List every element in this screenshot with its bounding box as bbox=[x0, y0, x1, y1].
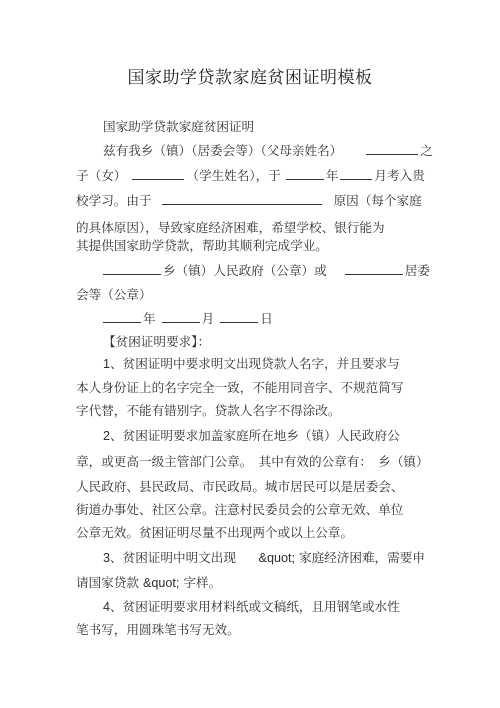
student-name-blank bbox=[132, 167, 184, 180]
requirement-item-2-line-4: 街道办事处、社区公章。注意村民委员会的公章无效、单位 bbox=[76, 502, 403, 518]
body-line-1: 兹有我乡（镇）（居委会等）（父母亲姓名）之 bbox=[103, 142, 433, 159]
body-line-4: 的具体原因），导致家庭经济困难，希望学校、银行能为 bbox=[76, 220, 385, 236]
body-text: 之 bbox=[420, 143, 433, 158]
requirement-item-3: 3、贫困证明中明文出现 &quot; 家庭经济困难，需要申 bbox=[103, 550, 425, 566]
requirement-item-4-line-2: 笔书写，用圆珠笔书写无效。 bbox=[76, 622, 240, 638]
date-month-blank bbox=[162, 310, 200, 323]
item-text: 、贫困证明要求用材料纸或文稿纸，且用钢笔或水性 bbox=[110, 599, 400, 614]
item-number: 4 bbox=[103, 600, 110, 614]
body-text: 乡（镇）人民政府（公章）或 bbox=[163, 263, 327, 278]
requirement-item-2-line-5: 公章无效。贫困证明尽量不出现两个或以上公章。 bbox=[76, 525, 353, 541]
body-text: 年 bbox=[326, 168, 339, 183]
requirement-item-4: 4、贫困证明要求用材料纸或文稿纸，且用钢笔或水性 bbox=[103, 599, 400, 615]
item-text: 、贫困证明要求加盖家庭所在地乡（镇）人民政府公 bbox=[110, 428, 400, 443]
item-text: 家庭经济困难，需要申 bbox=[295, 550, 425, 565]
body-text: 年 bbox=[143, 311, 156, 326]
item-number: 1 bbox=[103, 357, 110, 371]
township-blank bbox=[103, 262, 161, 275]
item-number: 3 bbox=[103, 551, 110, 565]
item-number: 2 bbox=[103, 429, 110, 443]
item-text: 请国家贷款 bbox=[76, 575, 143, 590]
item-text: 字样。 bbox=[179, 575, 221, 590]
requirement-item-1-line-3: 字代替，不能有错别字。贷款人名字不得涂改。 bbox=[76, 403, 340, 419]
body-text: 子（女） bbox=[76, 168, 126, 183]
committee-blank bbox=[345, 262, 403, 275]
body-line-3: 校学习。由于原因（每个家庭 bbox=[76, 192, 422, 209]
body-text: 日 bbox=[260, 311, 273, 326]
body-text: （学生姓名），于 bbox=[186, 168, 280, 183]
item-text: 、贫困证明中要求明文出现贷款人名字，并且要求与 bbox=[110, 356, 400, 371]
requirement-item-2: 2、贫困证明要求加盖家庭所在地乡（镇）人民政府公 bbox=[103, 428, 400, 444]
body-text: 校学习。由于 bbox=[76, 193, 152, 208]
date-day-blank bbox=[220, 310, 258, 323]
quot-entity: &quot; bbox=[143, 576, 179, 590]
document-subtitle: 国家助学贷款家庭贫困证明 bbox=[103, 119, 254, 135]
body-line-2: 子（女）（学生姓名），于年月考入贵 bbox=[76, 167, 425, 184]
body-line-5: 其提供国家助学贷款，帮助其顺利完成学业。 bbox=[76, 238, 328, 254]
year-blank bbox=[286, 167, 324, 180]
document-title: 国家助学贷款家庭贫困证明模板 bbox=[0, 63, 500, 88]
body-text: 原因（每个家庭 bbox=[334, 193, 422, 208]
body-text: 兹有我乡（镇）（居委会等）（父母亲姓名） bbox=[103, 143, 342, 158]
item-text: 、贫困证明中明文出现 bbox=[110, 550, 249, 565]
requirements-heading: 【贫困证明要求】： bbox=[103, 334, 210, 350]
requirement-item-2-line-3: 人民政府、县民政局、市民政局。城市居民可以是居委会、 bbox=[76, 479, 403, 495]
document-page: 国家助学贷款家庭贫困证明模板 国家助学贷款家庭贫困证明 兹有我乡（镇）（居委会等… bbox=[0, 0, 500, 708]
requirement-item-1-line-2: 本人身份证上的名字完全一致，不能用同音字、不规范简写 bbox=[76, 380, 403, 396]
requirement-item-3-line-2: 请国家贷款 &quot; 字样。 bbox=[76, 575, 221, 591]
body-text: 月考入贵 bbox=[374, 168, 424, 183]
body-text: 月 bbox=[202, 311, 215, 326]
requirement-item-1: 1、贫困证明中要求明文出现贷款人名字，并且要求与 bbox=[103, 356, 400, 372]
body-line-7: 会等（公章） bbox=[76, 287, 152, 303]
requirement-item-2-line-2: 章，或更高一级主管部门公章。 其中有效的公章有： 乡（镇） bbox=[76, 454, 429, 470]
date-line: 年月日 bbox=[103, 310, 273, 327]
month-blank bbox=[340, 167, 372, 180]
reason-blank bbox=[162, 192, 322, 205]
parent-name-blank bbox=[366, 142, 418, 155]
body-line-6: 乡（镇）人民政府（公章）或居委 bbox=[103, 262, 430, 279]
body-text: 居委 bbox=[405, 263, 430, 278]
date-year-blank bbox=[103, 310, 141, 323]
quot-entity: &quot; bbox=[259, 551, 295, 565]
